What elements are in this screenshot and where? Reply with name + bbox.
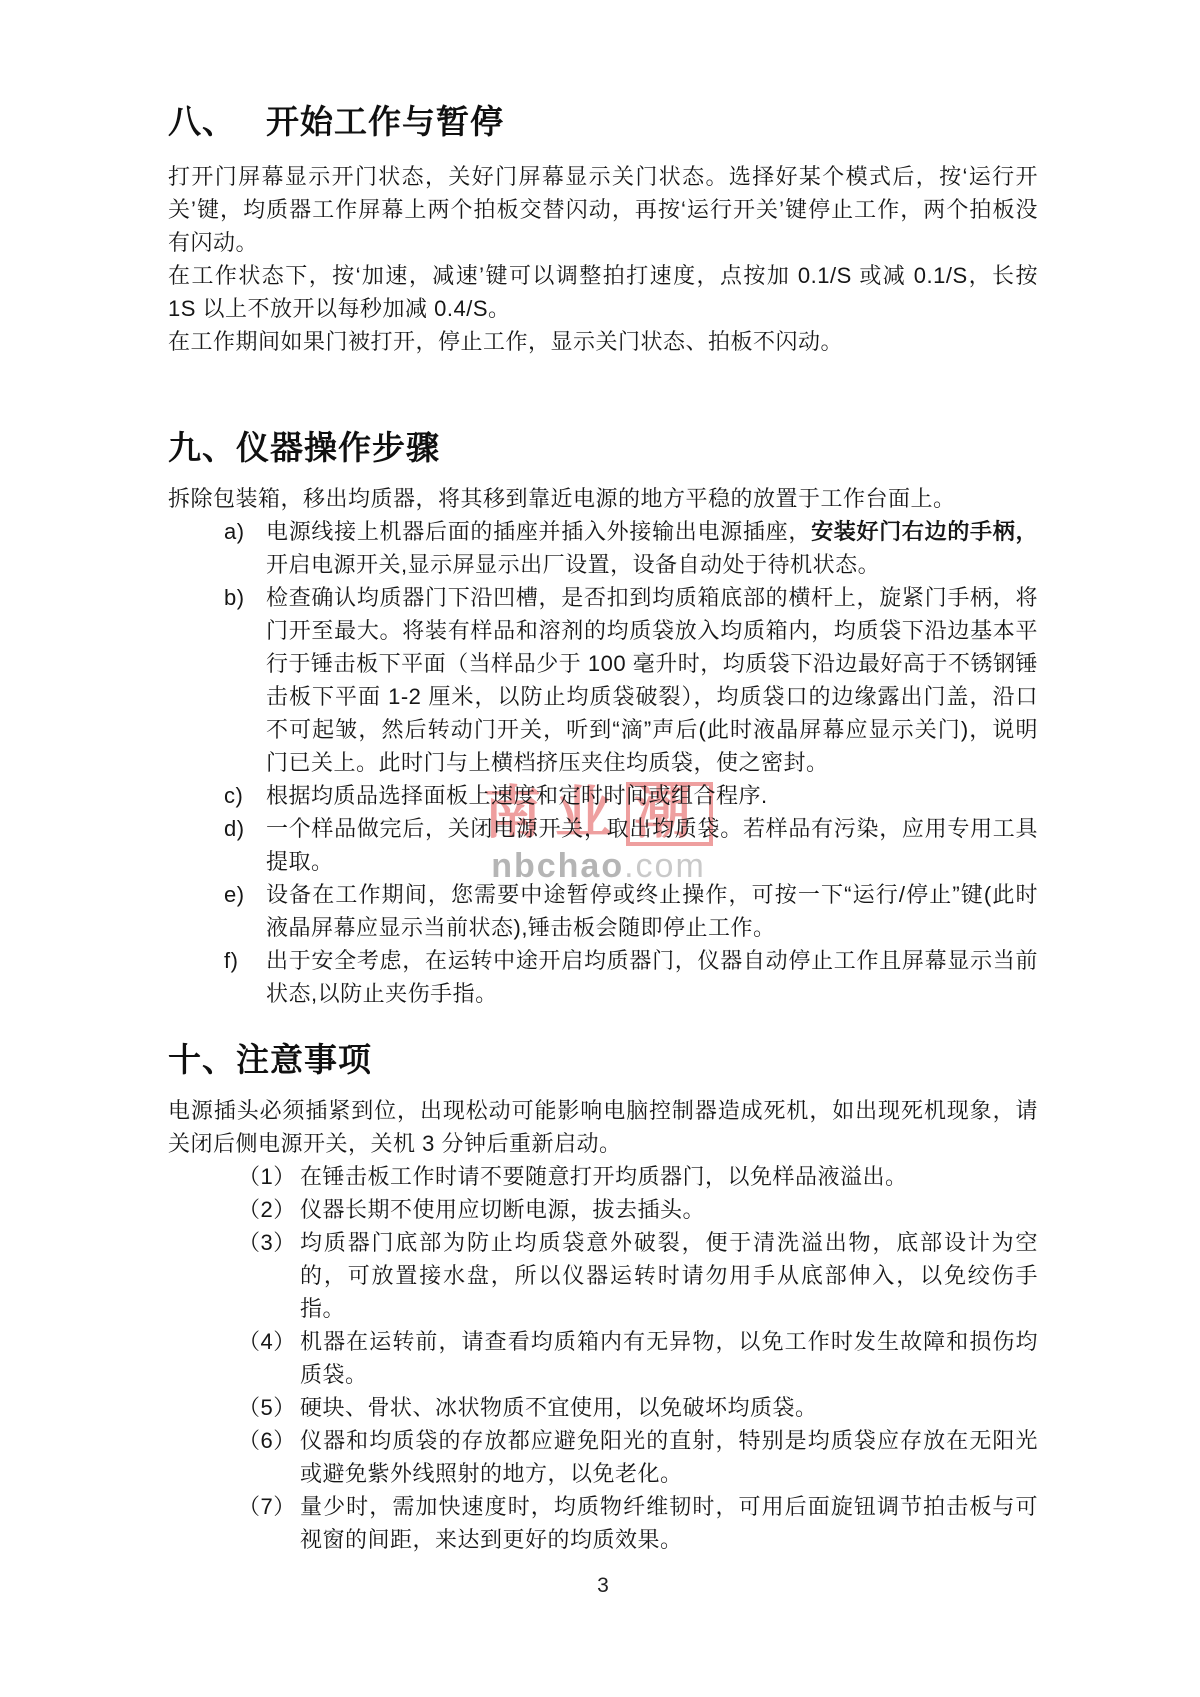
- note-item-4: （4） 机器在运转前，请查看均质箱内有无异物，以免工作时发生故障和损伤均质袋。: [168, 1325, 1038, 1391]
- list-item-c-text: 根据均质品选择面板上速度和定时时间或组合程序.: [266, 779, 1038, 812]
- note-item-5-marker: （5）: [238, 1391, 300, 1424]
- note-item-2: （2） 仪器长期不使用应切断电源，拔去插头。: [168, 1193, 1038, 1226]
- list-item-e: e) 设备在工作期间，您需要中途暂停或终止操作，可按一下“运行/停止”键(此时液…: [168, 878, 1038, 944]
- list-item-d: d) 一个样品做完后，关闭电源开关，取出均质袋。若样品有污染，应用专用工具提取。: [168, 812, 1038, 878]
- document-content: 八、开始工作与暂停 打开门屏幕显示开门状态，关好门屏幕显示关门状态。选择好某个模…: [0, 0, 1200, 1600]
- note-item-5-text: 硬块、骨状、冰状物质不宜使用，以免破坏均质袋。: [300, 1391, 1038, 1424]
- note-item-7: （7） 量少时，需加快速度时，均质物纤维韧时，可用后面旋钮调节拍击板与可视窗的间…: [168, 1490, 1038, 1556]
- list-item-b-text: 检查确认均质器门下沿凹槽，是否扣到均质箱底部的横杆上，旋紧门手柄，将门开至最大。…: [266, 581, 1038, 779]
- list-item-a-text-post: 开启电源开关,显示屏显示出厂设置，设备自动处于待机状态。: [266, 552, 880, 577]
- section-10-title: 注意事项: [236, 1043, 372, 1079]
- section-10-heading: 十、注意事项: [168, 1040, 1038, 1082]
- list-item-d-text: 一个样品做完后，关闭电源开关，取出均质袋。若样品有污染，应用专用工具提取。: [266, 812, 1038, 878]
- note-item-5: （5） 硬块、骨状、冰状物质不宜使用，以免破坏均质袋。: [168, 1391, 1038, 1424]
- section-9-intro: 拆除包装箱，移出均质器，将其移到靠近电源的地方平稳的放置于工作台面上。: [168, 482, 1038, 515]
- note-item-4-text: 机器在运转前，请查看均质箱内有无异物，以免工作时发生故障和损伤均质袋。: [300, 1325, 1038, 1391]
- note-item-7-text: 量少时，需加快速度时，均质物纤维韧时，可用后面旋钮调节拍击板与可视窗的间距，来达…: [300, 1490, 1038, 1556]
- note-item-1: （1） 在锤击板工作时请不要随意打开均质器门，以免样品液溢出。: [168, 1160, 1038, 1193]
- section-8-number: 八、: [168, 105, 236, 141]
- section-9-list: a) 电源线接上机器后面的插座并插入外接输出电源插座，安装好门右边的手柄，开启电…: [168, 515, 1038, 1010]
- note-item-6-marker: （6）: [238, 1424, 300, 1490]
- note-item-1-marker: （1）: [238, 1160, 300, 1193]
- section-8-paragraph-1: 打开门屏幕显示开门状态，关好门屏幕显示关门状态。选择好某个模式后，按‘运行开关’…: [168, 160, 1038, 259]
- list-item-f-text: 出于安全考虑，在运转中途开启均质器门，仪器自动停止工作且屏幕显示当前状态,以防止…: [266, 944, 1038, 1010]
- note-item-2-marker: （2）: [238, 1193, 300, 1226]
- note-item-6: （6） 仪器和均质袋的存放都应避免阳光的直射，特别是均质袋应存放在无阳光或避免紫…: [168, 1424, 1038, 1490]
- list-item-c: c) 根据均质品选择面板上速度和定时时间或组合程序.: [168, 779, 1038, 812]
- section-8-paragraph-3: 在工作期间如果门被打开，停止工作，显示关门状态、拍板不闪动。: [168, 325, 1038, 358]
- section-8-heading: 八、开始工作与暂停: [168, 102, 1038, 144]
- note-item-1-text: 在锤击板工作时请不要随意打开均质器门，以免样品液溢出。: [300, 1160, 1038, 1193]
- page-number: 3: [168, 1572, 1038, 1600]
- list-item-d-marker: d): [224, 812, 266, 878]
- list-item-a-marker: a): [224, 515, 266, 581]
- note-item-3-text: 均质器门底部为防止均质袋意外破裂，便于清洗溢出物，底部设计为空的，可放置接水盘，…: [300, 1226, 1038, 1325]
- list-item-a-text-pre: 电源线接上机器后面的插座并插入外接输出电源插座，: [266, 519, 811, 544]
- section-9-heading: 九、仪器操作步骤: [168, 428, 1038, 470]
- list-item-c-marker: c): [224, 779, 266, 812]
- list-item-a-text-bold: 安装好门右边的手柄，: [811, 519, 1038, 544]
- section-10-intro: 电源插头必须插紧到位，出现松动可能影响电脑控制器造成死机，如出现死机现象，请关闭…: [168, 1094, 1038, 1160]
- note-item-2-text: 仪器长期不使用应切断电源，拔去插头。: [300, 1193, 1038, 1226]
- note-item-7-marker: （7）: [238, 1490, 300, 1556]
- list-item-f: f) 出于安全考虑，在运转中途开启均质器门，仪器自动停止工作且屏幕显示当前状态,…: [168, 944, 1038, 1010]
- list-item-a: a) 电源线接上机器后面的插座并插入外接输出电源插座，安装好门右边的手柄，开启电…: [168, 515, 1038, 581]
- note-item-3-marker: （3）: [238, 1226, 300, 1325]
- section-9-title: 仪器操作步骤: [236, 431, 440, 467]
- document-page: 南业潮 nbchao.com 八、开始工作与暂停 打开门屏幕显示开门状态，关好门…: [0, 0, 1200, 1697]
- list-item-e-text: 设备在工作期间，您需要中途暂停或终止操作，可按一下“运行/停止”键(此时液晶屏幕…: [266, 878, 1038, 944]
- section-10-list: （1） 在锤击板工作时请不要随意打开均质器门，以免样品液溢出。 （2） 仪器长期…: [168, 1160, 1038, 1556]
- list-item-e-marker: e): [224, 878, 266, 944]
- section-9-number: 九、: [168, 431, 236, 467]
- section-8-paragraph-2: 在工作状态下，按‘加速，减速’键可以调整拍打速度，点按加 0.1/S 或减 0.…: [168, 259, 1038, 325]
- list-item-f-marker: f): [224, 944, 266, 1010]
- list-item-b-marker: b): [224, 581, 266, 779]
- note-item-4-marker: （4）: [238, 1325, 300, 1391]
- section-10-number: 十、: [168, 1043, 236, 1079]
- list-item-a-text: 电源线接上机器后面的插座并插入外接输出电源插座，安装好门右边的手柄，开启电源开关…: [266, 515, 1038, 581]
- note-item-3: （3） 均质器门底部为防止均质袋意外破裂，便于清洗溢出物，底部设计为空的，可放置…: [168, 1226, 1038, 1325]
- note-item-6-text: 仪器和均质袋的存放都应避免阳光的直射，特别是均质袋应存放在无阳光或避免紫外线照射…: [300, 1424, 1038, 1490]
- section-8-title: 开始工作与暂停: [266, 105, 504, 141]
- list-item-b: b) 检查确认均质器门下沿凹槽，是否扣到均质箱底部的横杆上，旋紧门手柄，将门开至…: [168, 581, 1038, 779]
